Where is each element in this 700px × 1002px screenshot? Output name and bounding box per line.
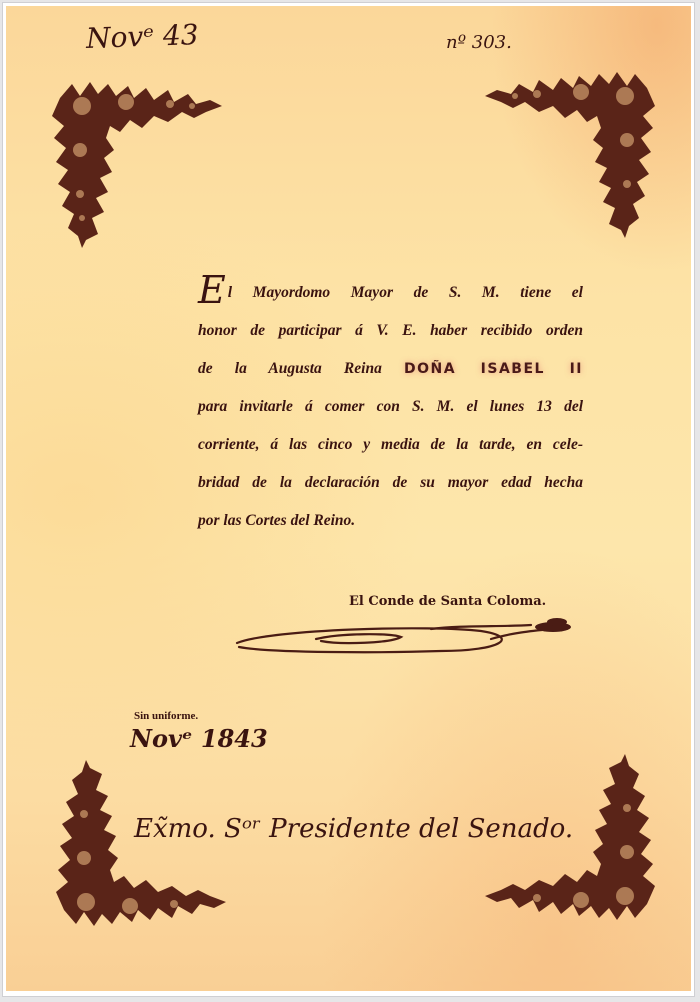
invitation-line-6: bridad de la declaración de su mayor eda… (198, 464, 583, 502)
invitation-text: El Mayordomo Mayor de S. M. tiene el hon… (198, 268, 583, 540)
dropcap-letter: E (198, 268, 226, 312)
queen-name: DOÑA ISABEL II (404, 361, 583, 377)
signature-flourish-icon (231, 611, 581, 661)
uniform-note: Sin uniforme. (134, 710, 198, 722)
top-left-annotation: Novᵉ 43 (85, 18, 199, 55)
addressee-line: Ex̃mo. Sᵒʳ Presidente del Senado. (134, 814, 573, 844)
invitation-line-5: corriente, á las cinco y media de la tar… (198, 426, 583, 464)
invitation-line-2: honor de participar á V. E. haber recibi… (198, 312, 583, 350)
invitation-line-4: para invitarle á comer con S. M. el lune… (198, 388, 583, 426)
floral-corner-ornament-top-left-icon (50, 78, 225, 250)
top-right-annotation: nº 303. (446, 32, 512, 53)
signer-name: El Conde de Santa Coloma. (349, 594, 546, 609)
invitation-line-3: de la Augusta Reina DOÑA ISABEL II (198, 350, 583, 388)
floral-corner-ornament-bottom-left-icon (54, 758, 229, 930)
invitation-line-7: por las Cortes del Reino. (198, 502, 583, 540)
document-page: Novᵉ 43 nº 303. (6, 6, 691, 991)
invitation-line-1: El Mayordomo Mayor de S. M. tiene el (198, 268, 583, 312)
handwritten-date: Novᵉ 1843 (130, 724, 268, 753)
floral-corner-ornament-top-right-icon (482, 68, 657, 240)
